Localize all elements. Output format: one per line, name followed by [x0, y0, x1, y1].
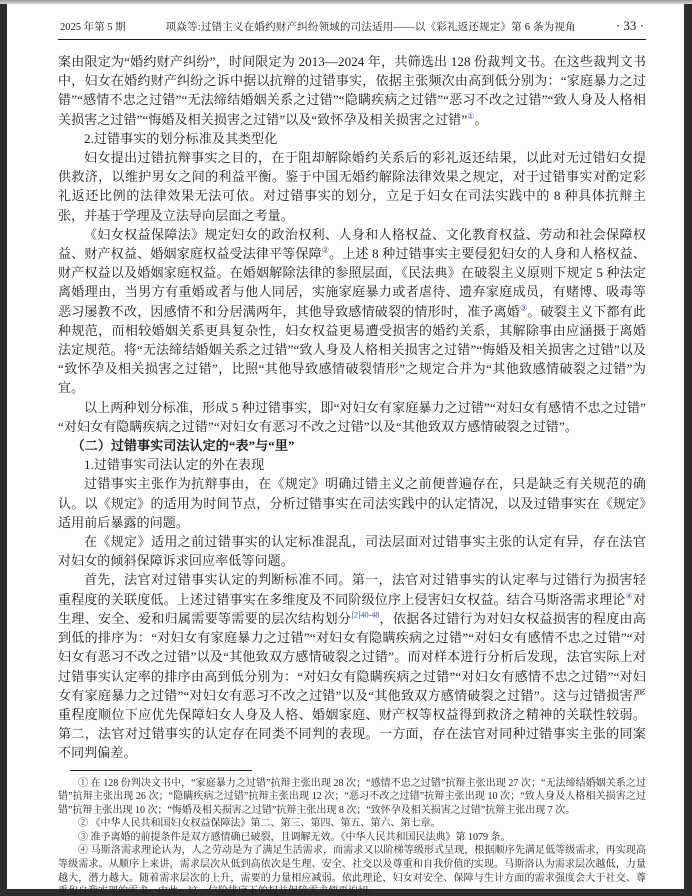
- paragraph: 案由限定为“婚约财产纠纷”，时间限定为 2013—2024 年，共筛选出 128…: [58, 52, 646, 129]
- text-run: 2.过错事实的划分标准及其类型化: [84, 131, 277, 146]
- paragraph: 在《规定》适用之前过错事实的认定标准混乱，司法层面对过错事实主张的认定有异，存在…: [58, 532, 646, 570]
- paper-page: 2025 年第 5 期 项焱等:过错主义在婚约财产纠纷领域的司法适用——以《彩礼…: [7, 4, 684, 889]
- section-heading: （二）过错事实司法认定的“表”与“里”: [58, 436, 646, 455]
- text-run: 过错事实主张作为抗辩事由，在《规定》明确过错主义之前便普遍存在，只是缺乏有关规范…: [58, 476, 646, 529]
- footnote-item: ① 在 128 份判决文书中，“家庭暴力之过错”抗辩主张出现 28 次；“感情不…: [58, 777, 646, 818]
- section-heading: 2.过错事实的划分标准及其类型化: [58, 129, 646, 148]
- section-heading: 1.过错事实司法认定的外在表现: [58, 455, 646, 474]
- running-title: 项焱等:过错主义在婚约财产纠纷领域的司法适用——以《彩礼返还规定》第 6 条为视…: [126, 19, 616, 34]
- paragraph: 妇女提出过错抗辩事实之目的，在于阻却解除婚约关系后的彩礼返还结果，以此对无过错妇…: [58, 148, 646, 225]
- text-run: 首先，法官对过错事实认定的判断标准不同。第一，法官对过错事实的认定率与过错行为损…: [58, 572, 646, 606]
- text-run: 案由限定为“婚约财产纠纷”，时间限定为 2013—2024 年，共筛选出 128…: [58, 54, 646, 127]
- footnote-item: ③ 准予离婚的前提条件是双方感情确已破裂，且调解无效。《中华人民共和国民法典》第…: [58, 831, 646, 845]
- footnote-ref: [2]40-48: [351, 611, 379, 620]
- text-run: 妇女提出过错抗辩事实之目的，在于阻却解除婚约关系后的彩礼返还结果，以此对无过错妇…: [58, 150, 646, 223]
- text-run: （二）过错事实司法认定的“表”与“里”: [72, 438, 295, 453]
- paragraph: 以上两种划分标准，形成 5 种过错事实，即“对妇女有家庭暴力之过错”“对妇女有感…: [58, 398, 646, 436]
- paragraph: 首先，法官对过错事实认定的判断标准不同。第一，法官对过错事实的认定率与过错行为损…: [58, 570, 646, 762]
- text-run: 。: [474, 112, 487, 127]
- article-body: 案由限定为“婚约财产纠纷”，时间限定为 2013—2024 年，共筛选出 128…: [58, 52, 646, 763]
- page-header: 2025 年第 5 期 项焱等:过错主义在婚约财产纠纷领域的司法适用——以《彩礼…: [58, 16, 646, 40]
- footnotes: ① 在 128 份判决文书中，“家庭暴力之过错”抗辩主张出现 28 次；“感情不…: [58, 777, 646, 896]
- footnote-separator: [70, 770, 252, 771]
- scan-edge-top: [0, 0, 692, 4]
- text-run: ，依据各过错行为对妇女权益损害的程度由高到低的排序为：“对妇女有家庭暴力之过错”…: [58, 611, 646, 760]
- journal-issue: 2025 年第 5 期: [60, 19, 126, 34]
- footnote-ref: ④: [626, 591, 633, 600]
- page-number: · 33 ·: [616, 18, 644, 34]
- footnote-item: ② 《中华人民共和国妇女权益保障法》第二、第三、第四、第五、第六、第七章。: [58, 817, 646, 831]
- scanned-page: 2025 年第 5 期 项焱等:过错主义在婚约财产纠纷领域的司法适用——以《彩礼…: [0, 0, 692, 896]
- text-run: 在《规定》适用之前过错事实的认定标准混乱，司法层面对过错事实主张的认定有异，存在…: [58, 534, 646, 568]
- paragraph: 《妇女权益保障法》规定妇女的政治权利、人身和人格权益、文化教育权益、劳动和社会保…: [58, 225, 646, 398]
- text-run: 1.过错事实司法认定的外在表现: [84, 457, 264, 472]
- footnote-item: ④ 马斯洛需求理论认为，人之劳动是为了满足生活需求，而需求又以阶梯等级形式呈现，…: [58, 844, 646, 896]
- paragraph: 过错事实主张作为抗辩事由，在《规定》明确过错主义之前便普遍存在，只是缺乏有关规范…: [58, 474, 646, 532]
- text-run: 以上两种划分标准，形成 5 种过错事实，即“对妇女有家庭暴力之过错”“对妇女有感…: [58, 400, 646, 434]
